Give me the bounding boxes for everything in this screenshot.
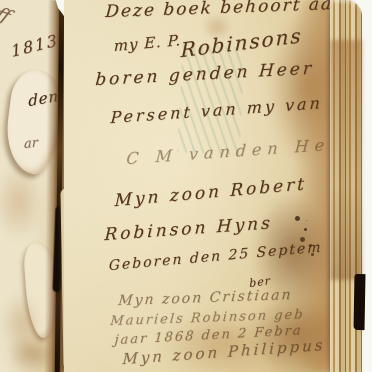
ink-speckles <box>295 216 300 221</box>
margin-note-ar: ar <box>24 136 38 153</box>
cover-gap-shadow <box>354 274 366 330</box>
manuscript-photo: ff 1813 den ar Deze boek behoort aan my … <box>0 0 372 372</box>
paper-stain <box>0 165 44 240</box>
paper-stain <box>330 40 362 280</box>
